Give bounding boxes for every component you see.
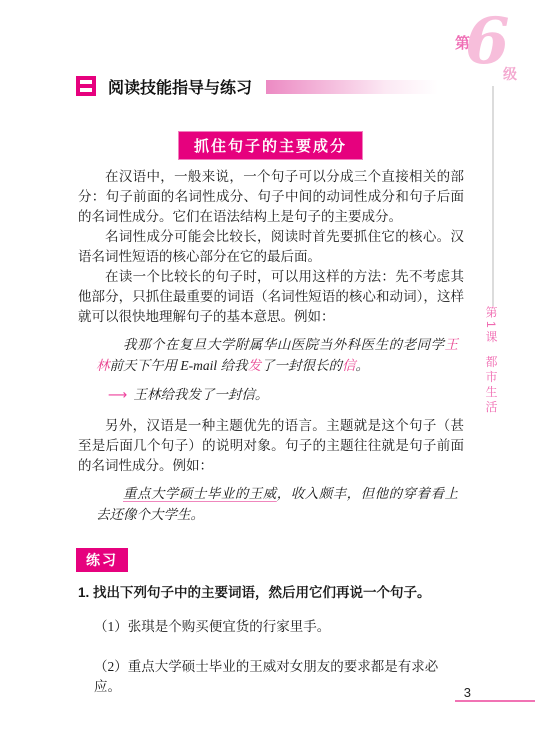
practice-sub-1: （1）张琪是个购买便宜货的行家里手。 xyxy=(94,617,464,637)
paragraph: 名词性成分可能会比较长，阅读时首先要抓住它的核心。汉语名词性短语的核心部分在它的… xyxy=(78,227,464,267)
main-content: 在汉语中，一般来说，一个句子可以分成三个直接相关的部分：句子前面的名词性成分、句… xyxy=(78,167,464,697)
example1-highlight-verb: 发 xyxy=(248,358,262,373)
level-badge-suffix: 级 xyxy=(503,64,517,84)
right-arrow-icon: ⟶ xyxy=(108,387,125,403)
list-bars-icon xyxy=(76,76,96,96)
rail-divider-line xyxy=(492,86,494,306)
example-sentence-1: 我那个在复旦大学附属华山医院当外科医生的老同学王林前天下午用 E-mail 给我… xyxy=(96,334,458,376)
rail-lesson-title: 都市生活 xyxy=(484,356,498,416)
section-header: 阅读技能指导与练习 xyxy=(76,74,476,98)
reduced-sentence-text: 王林给我发了一封信。 xyxy=(133,387,268,402)
page-number: 3 xyxy=(464,685,471,700)
example2-underlined-topic: 重点大学硕士毕业的王威 xyxy=(123,486,277,501)
rail-lesson-label: 第1课都市生活 xyxy=(483,306,500,416)
example1-text: 前天下午用 E-mail 给我 xyxy=(110,358,248,373)
practice-item-1: 1. 找出下列句子中的主要词语，然后用它们再说一个句子。 xyxy=(78,583,464,603)
example1-text: 我那个在复旦大学附属华山医院当外科医生的老同学 xyxy=(123,337,445,352)
rail-lesson-number: 第1课 xyxy=(484,306,498,346)
reduced-sentence-line: ⟶王林给我发了一封信。 xyxy=(108,385,464,405)
header-gradient-bar xyxy=(266,80,438,94)
paragraph: 在汉语中，一般来说，一个句子可以分成三个直接相关的部分：句子前面的名词性成分、句… xyxy=(78,167,464,227)
example-sentence-2: 重点大学硕士毕业的王威，收入颇丰，但他的穿着看上去还像个大学生。 xyxy=(96,483,458,525)
example1-text: 了一封很长的 xyxy=(261,358,342,373)
section-title: 阅读技能指导与练习 xyxy=(108,75,252,98)
practice-badge: 练习 xyxy=(76,548,128,572)
paragraph: 另外，汉语是一种主题优先的语言。主题就是这个句子（甚至是后面几个句子）的说明对象… xyxy=(78,416,464,476)
example1-text: 。 xyxy=(356,358,370,373)
practice-sub-2: （2）重点大学硕士毕业的王威对女朋友的要求都是有求必应。 xyxy=(94,657,464,697)
footer-accent-line xyxy=(455,700,535,702)
topic-banner-label: 抓住句子的主要成分 xyxy=(178,131,363,160)
topic-banner: 抓住句子的主要成分 xyxy=(0,131,541,160)
example1-highlight-object: 信 xyxy=(342,358,356,373)
paragraph: 在读一个比较长的句子时，可以用这样的方法：先不考虑其他部分，只抓住最重要的词语（… xyxy=(78,267,464,327)
